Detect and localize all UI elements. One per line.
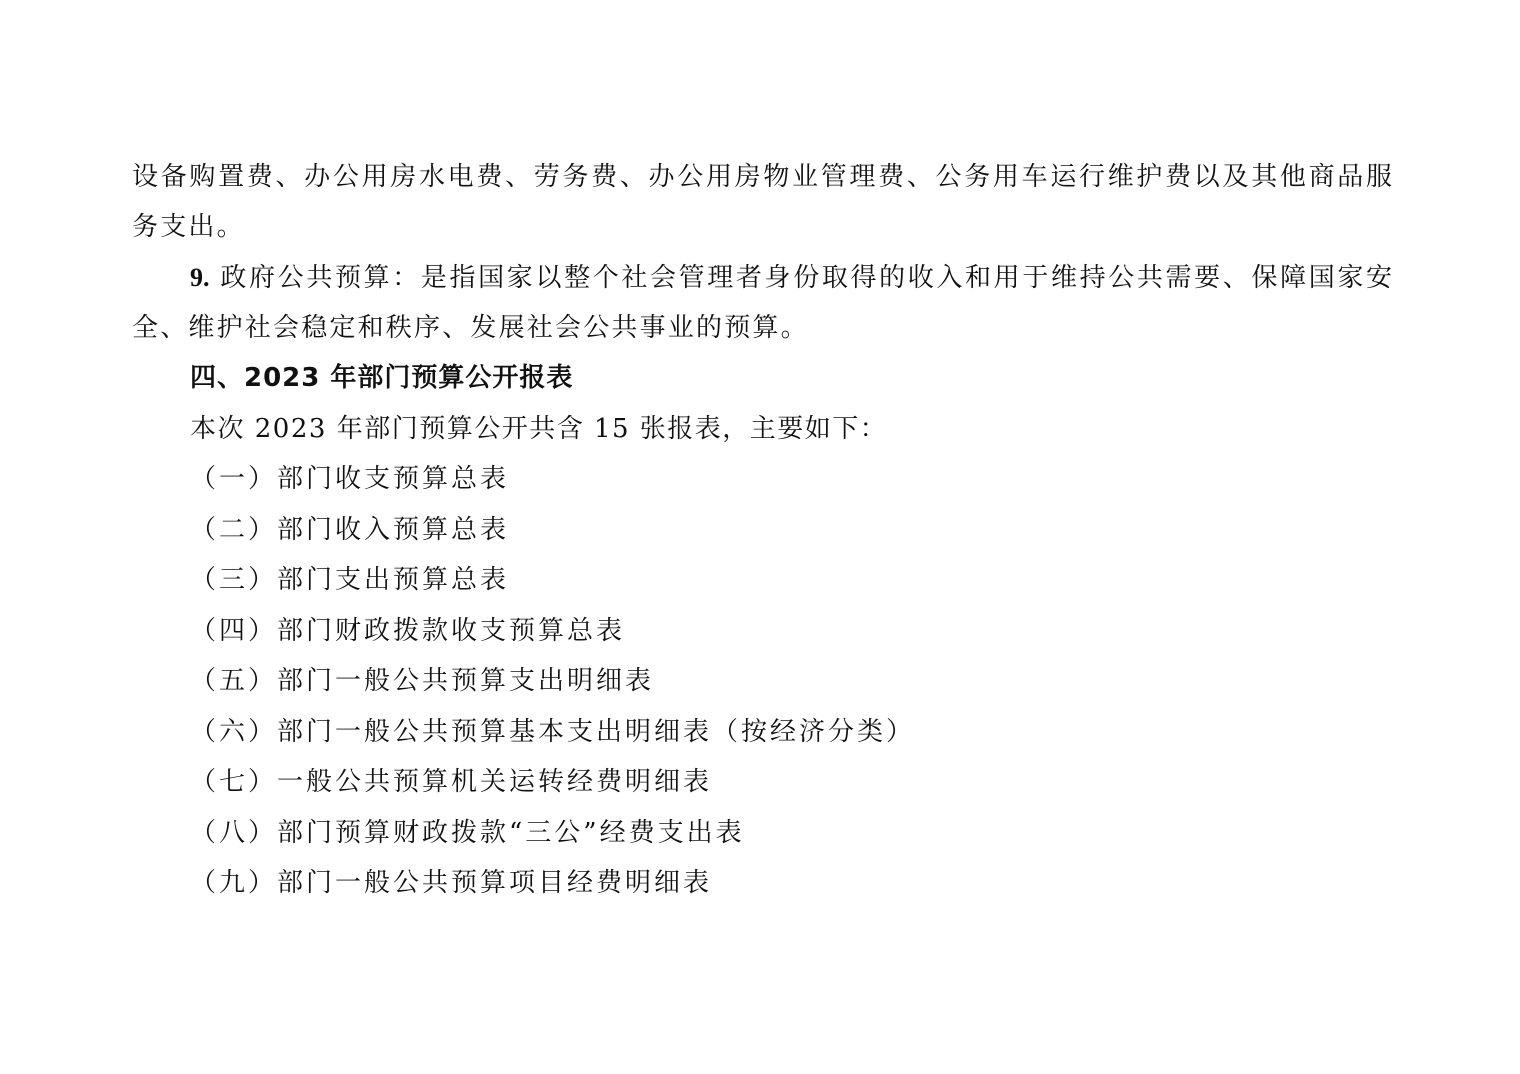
report-list-item: （一）部门收支预算总表 <box>190 463 509 495</box>
paragraph-expense-continuation-line-1: 设备购置费、办公用房水电费、劳务费、办公用房物业管理费、公务用车运行维护费以及其… <box>132 161 1392 193</box>
paragraph-definition-9-line-1: 9. 政府公共预算：是指国家以整个社会管理者身份取得的收入和用于维持公共需要、保… <box>190 262 1392 294</box>
definition-text: 政府公共预算：是指国家以整个社会管理者身份取得的收入和用于维持公共需要、保障国家… <box>220 263 1392 293</box>
section-heading: 四、2023 年部门预算公开报表 <box>190 362 573 394</box>
report-list-item: （八）部门预算财政拨款“三公”经费支出表 <box>190 817 745 849</box>
report-list-item: （九）部门一般公共预算项目经费明细表 <box>190 867 712 899</box>
report-list-item: （五）部门一般公共预算支出明细表 <box>190 665 654 697</box>
report-list-item: （二）部门收入预算总表 <box>190 514 509 546</box>
report-list-item: （六）部门一般公共预算基本支出明细表（按经济分类） <box>190 716 915 748</box>
report-list-item: （四）部门财政拨款收支预算总表 <box>190 615 625 647</box>
report-list-item: （三）部门支出预算总表 <box>190 564 509 596</box>
section-intro: 本次 2023 年部门预算公开共含 15 张报表，主要如下： <box>190 413 887 445</box>
definition-number: 9. <box>190 263 210 292</box>
paragraph-definition-9-line-2: 全、维护社会稳定和秩序、发展社会公共事业的预算。 <box>132 312 809 344</box>
paragraph-expense-continuation-line-2: 务支出。 <box>132 211 245 243</box>
report-list-item: （七）一般公共预算机关运转经费明细表 <box>190 766 712 798</box>
document-page: 设备购置费、办公用房水电费、劳务费、办公用房物业管理费、公务用车运行维护费以及其… <box>0 0 1520 1074</box>
